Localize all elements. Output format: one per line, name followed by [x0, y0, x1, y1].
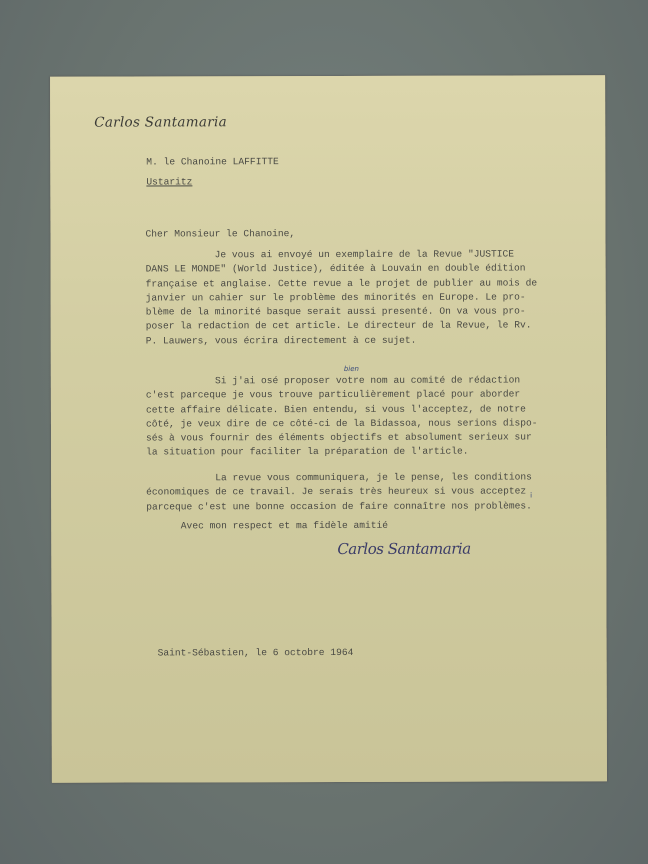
letterhead-name: Carlos Santamaria — [94, 114, 227, 130]
letter-page: Carlos Santamaria M. le Chanoine LAFFITT… — [50, 75, 607, 782]
paragraph-2: Si j'ai osé proposer votre nom au comité… — [146, 373, 538, 460]
paragraph-3: La revue vous communiquera, je le pense,… — [146, 470, 532, 514]
recipient-location: Ustaritz — [146, 175, 192, 189]
salutation: Cher Monsieur le Chanoine, — [145, 227, 295, 242]
handwritten-annotation-bien: bien — [344, 365, 359, 373]
closing-line: Avec mon respect et ma fidèle amitié — [146, 519, 388, 534]
handwritten-signature: Carlos Santamaria — [337, 540, 470, 558]
paragraph-1: Je vous ai envoyé un exemplaire de la Re… — [146, 247, 538, 348]
recipient-name: M. le Chanoine LAFFITTE — [146, 155, 278, 170]
dateline: Saint-Sébastien, le 6 octobre 1964 — [158, 646, 354, 661]
